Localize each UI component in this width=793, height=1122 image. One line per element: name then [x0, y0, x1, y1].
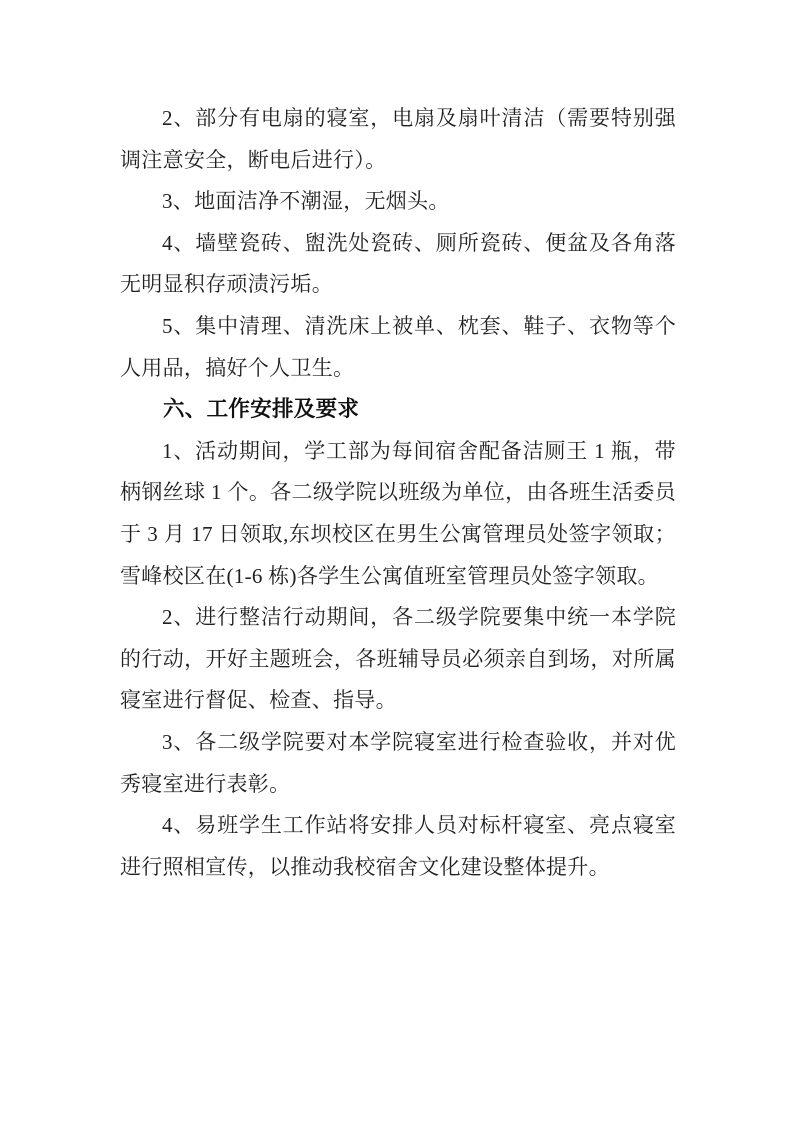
paragraph: 3、地面洁净不潮湿，无烟头。	[120, 181, 676, 223]
paragraph: 4、易班学生工作站将安排人员对标杆寝室、亮点寝室进行照相宣传，以推动我校宿舍文化…	[120, 805, 676, 888]
paragraph: 1、活动期间，学工部为每间宿舍配备洁厕王 1 瓶，带柄钢丝球 1 个。各二级学院…	[120, 431, 676, 597]
section-heading: 六、工作安排及要求	[120, 389, 676, 431]
paragraph: 5、集中清理、清洗床上被单、枕套、鞋子、衣物等个人用品，搞好个人卫生。	[120, 306, 676, 389]
document-page: 2、部分有电扇的寝室，电扇及扇叶清洁（需要特别强调注意安全，断电后进行）。3、地…	[0, 0, 793, 1122]
paragraph: 3、各二级学院要对本学院寝室进行检查验收，并对优秀寝室进行表彰。	[120, 722, 676, 805]
document-body: 2、部分有电扇的寝室，电扇及扇叶清洁（需要特别强调注意安全，断电后进行）。3、地…	[120, 98, 676, 888]
paragraph: 4、墙壁瓷砖、盥洗处瓷砖、厕所瓷砖、便盆及各角落无明显积存顽渍污垢。	[120, 223, 676, 306]
paragraph: 2、进行整洁行动期间，各二级学院要集中统一本学院的行动，开好主题班会，各班辅导员…	[120, 597, 676, 722]
paragraph: 2、部分有电扇的寝室，电扇及扇叶清洁（需要特别强调注意安全，断电后进行）。	[120, 98, 676, 181]
